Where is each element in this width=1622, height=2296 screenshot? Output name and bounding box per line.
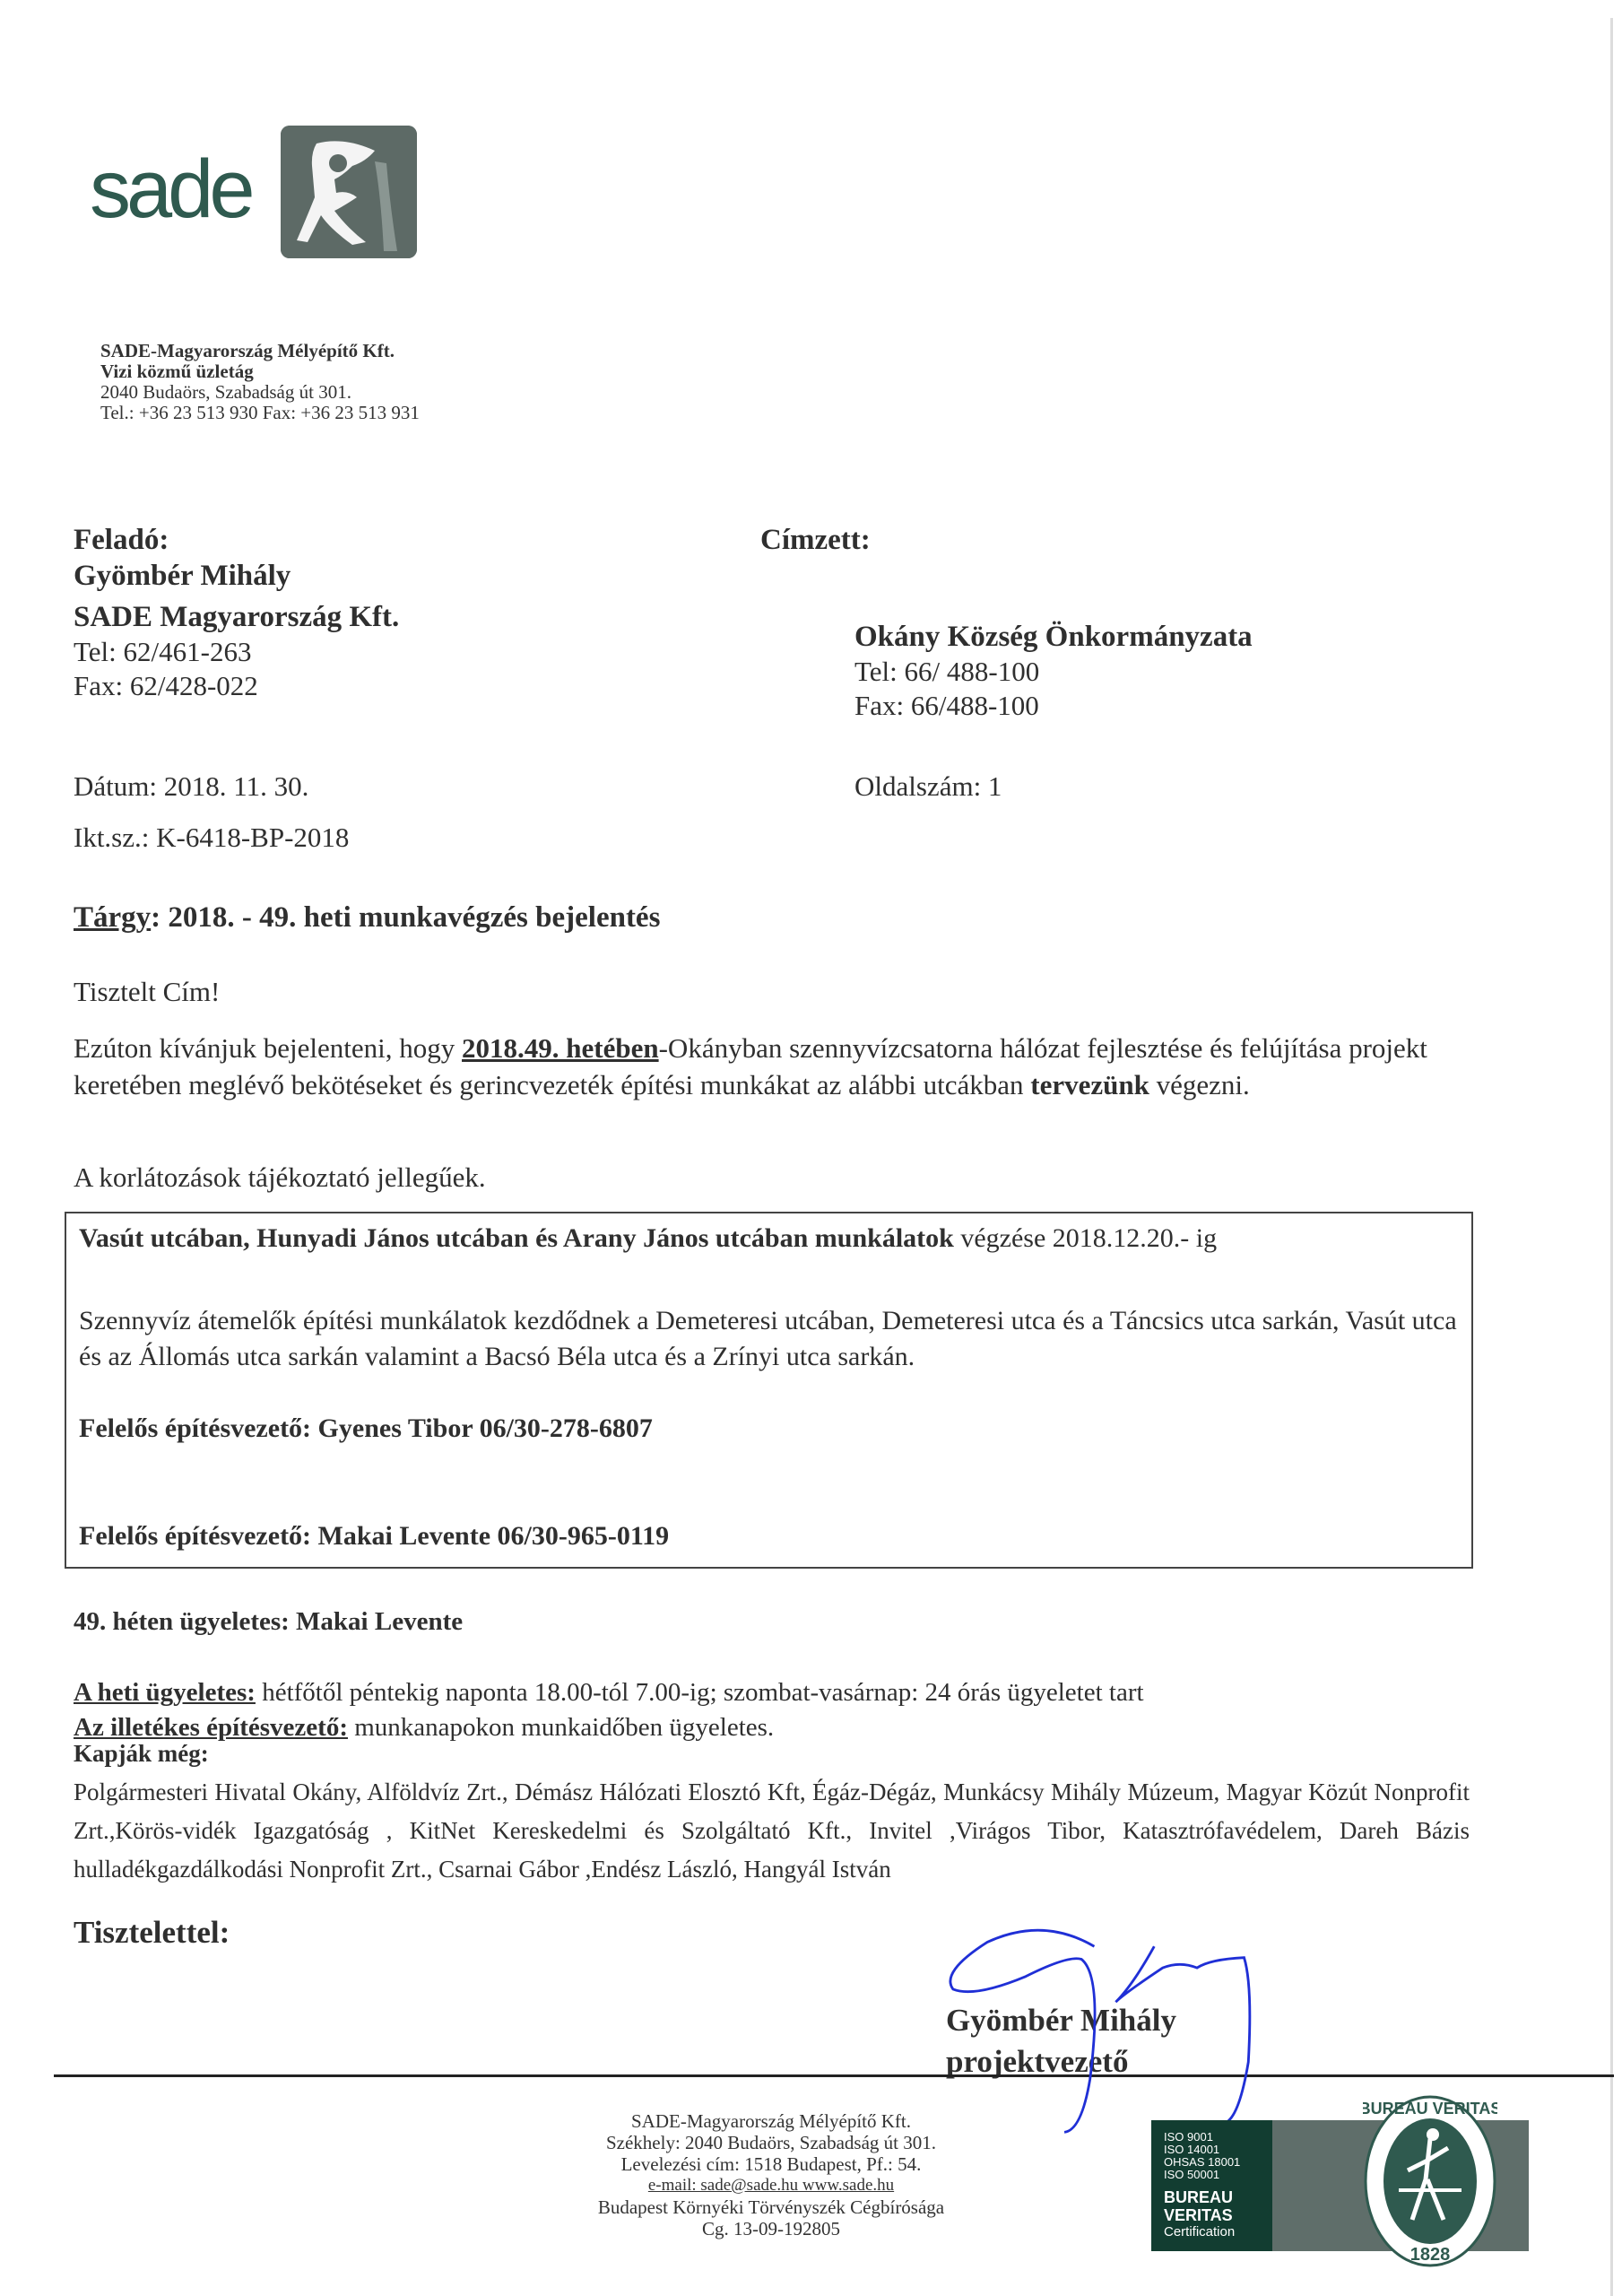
recipient-name: Okány Község Önkormányzata — [854, 619, 1253, 655]
works-line-1-streets: Vasút utcában, Hunyadi János utcában és … — [79, 1223, 954, 1253]
manager-duty-text: munkanapokon munkaidőben ügyeletes. — [348, 1713, 774, 1742]
recipient-block: Okány Község Önkormányzata Tel: 66/ 488-… — [854, 619, 1253, 723]
certification-badge: ISO 9001 ISO 14001 OHSAS 18001 ISO 50001… — [1151, 2120, 1272, 2251]
distribution-list: Polgármesteri Hivatal Okány, Alföldvíz Z… — [74, 1773, 1470, 1889]
cert-subtitle: Certification — [1164, 2224, 1272, 2240]
recipient-tel: Tel: 66/ 488-100 — [854, 655, 1253, 689]
subject-text: : 2018. - 49. heti munkavégzés bejelenté… — [151, 901, 660, 934]
responsible-manager-1: Felelős építésvezető: Gyenes Tibor 06/30… — [79, 1411, 1460, 1447]
letterhead-tel-fax: Tel.: +36 23 513 930 Fax: +36 23 513 931 — [100, 403, 420, 423]
page-number: Oldalszám: 1 — [854, 770, 1002, 804]
recipient-label: Címzett: — [760, 522, 871, 558]
manager-duty-label: Az illetékes építésvezető: — [74, 1713, 348, 1742]
sender-tel: Tel: 62/461-263 — [74, 635, 399, 669]
sade-logo-icon — [281, 126, 417, 258]
footer-court: Budapest Környéki Törvényszék Cégbíróság… — [502, 2196, 1040, 2218]
letter-date: Dátum: 2018. 11. 30. — [74, 770, 308, 804]
works-line-1-deadline: végzése 2018.12.20.- ig — [954, 1223, 1217, 1253]
sade-logo-text: sade — [90, 148, 251, 230]
footer-email-web[interactable]: e-mail: sade@sade.hu www.sade.hu — [502, 2175, 1040, 2196]
distribution-label: Kapják még: — [74, 1740, 209, 1768]
bureau-veritas-seal-icon: BUREAU VERITAS 1828 — [1363, 2094, 1497, 2269]
weekly-duty-label: A heti ügyeletes: — [74, 1678, 256, 1707]
sender-company: SADE Magyarország Kft. — [74, 599, 399, 635]
svg-text:BUREAU VERITAS: BUREAU VERITAS — [1363, 2100, 1497, 2118]
signer-block: Gyömbér Mihály projektvezető — [946, 2000, 1176, 2083]
page-edge-line — [1610, 18, 1613, 2296]
sender-name: Gyömbér Mihály — [74, 558, 399, 594]
recipient-fax: Fax: 66/488-100 — [854, 689, 1253, 723]
subject-line: Tárgy: 2018. - 49. heti munkavégzés beje… — [74, 901, 660, 935]
iso-standard: ISO 9001 — [1164, 2131, 1272, 2144]
footer-company: SADE-Magyarország Mélyépítő Kft. — [502, 2110, 1040, 2132]
works-line-1: Vasút utcában, Hunyadi János utcában és … — [79, 1221, 1460, 1257]
weekly-duty-text: hétfőtől péntekig naponta 18.00-tól 7.00… — [256, 1678, 1144, 1707]
letterhead-company-name: SADE-Magyarország Mélyépítő Kft. — [100, 341, 420, 361]
sender-fax: Fax: 62/428-022 — [74, 669, 399, 703]
week-duty: 49. héten ügyeletes: Makai Levente — [74, 1607, 463, 1637]
subject-label: Tárgy — [74, 901, 151, 934]
footer-reg-no: Cg. 13-09-192805 — [502, 2218, 1040, 2239]
greeting: Tisztelt Cím! — [74, 976, 220, 1008]
reference-number: Ikt.sz.: K-6418-BP-2018 — [74, 821, 349, 855]
restrictions-note: A korlátozások tájékoztató jellegűek. — [74, 1161, 486, 1194]
intro-paragraph: Ezúton kívánjuk bejelenteni, hogy 2018.4… — [74, 1030, 1472, 1103]
closing-regards: Tisztelettel: — [74, 1915, 230, 1951]
works-line-2: Szennyvíz átemelők építési munkálatok ke… — [79, 1303, 1460, 1375]
intro-pre: Ezúton kívánjuk bejelenteni, hogy — [74, 1032, 462, 1064]
responsible-manager-2: Felelős építésvezető: Makai Levente 06/3… — [79, 1518, 1460, 1554]
footer-mail-address: Levelezési cím: 1518 Budapest, Pf.: 54. — [502, 2153, 1040, 2175]
sender-label: Feladó: — [74, 522, 399, 558]
cert-body: BUREAU VERITAS — [1164, 2188, 1272, 2224]
iso-standard: OHSAS 18001 — [1164, 2156, 1272, 2169]
iso-standard: ISO 14001 — [1164, 2144, 1272, 2156]
works-box: Vasút utcában, Hunyadi János utcában és … — [65, 1212, 1473, 1569]
letterhead-address: 2040 Budaörs, Szabadság út 301. — [100, 382, 420, 403]
intro-end: végezni. — [1149, 1069, 1250, 1100]
letterhead-company-block: SADE-Magyarország Mélyépítő Kft. Vizi kö… — [100, 341, 420, 423]
intro-week: 2018.49. hetében — [462, 1032, 659, 1064]
footer-seat: Székhely: 2040 Budaörs, Szabadság út 301… — [502, 2132, 1040, 2153]
letterhead-division: Vizi közmű üzletág — [100, 361, 420, 382]
duty-details: A heti ügyeletes: hétfőtől péntekig napo… — [74, 1675, 1144, 1745]
sender-block: Feladó: Gyömbér Mihály SADE Magyarország… — [74, 522, 399, 703]
intro-bold: tervezünk — [1030, 1069, 1149, 1100]
footer-divider — [54, 2074, 1614, 2077]
iso-standard: ISO 50001 — [1164, 2169, 1272, 2181]
svg-text:1828: 1828 — [1410, 2245, 1451, 2265]
footer-company-info: SADE-Magyarország Mélyépítő Kft. Székhel… — [502, 2110, 1040, 2239]
signer-name: Gyömbér Mihály — [946, 2000, 1176, 2041]
